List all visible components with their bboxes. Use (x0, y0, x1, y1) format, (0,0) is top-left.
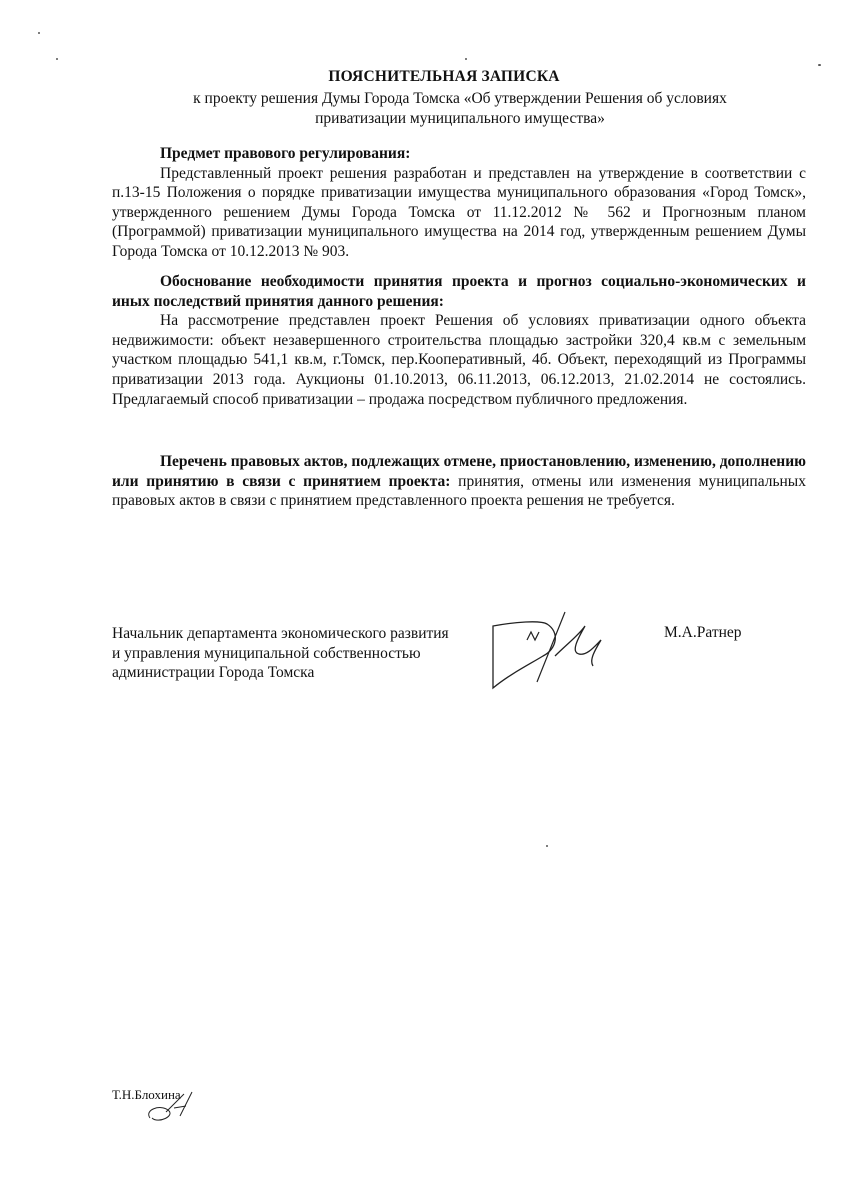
scan-speck (818, 64, 821, 66)
section-justification: Обоснование необходимости принятия проек… (112, 272, 806, 409)
section-legal-subject: Предмет правового регулирования: Предста… (112, 144, 806, 262)
document-title: ПОЯСНИТЕЛЬНАЯ ЗАПИСКА (0, 68, 850, 86)
signatory-position: Начальник департамента экономического ра… (112, 624, 472, 683)
document-page: ПОЯСНИТЕЛЬНАЯ ЗАПИСКА к проекту решения … (0, 0, 850, 1198)
section-body: На рассмотрение представлен проект Решен… (112, 311, 806, 409)
position-line: Начальник департамента экономического ра… (112, 624, 472, 644)
scan-speck (38, 32, 40, 34)
position-line: администрации Города Томска (112, 663, 472, 683)
section-body: Представленный проект решения разработан… (112, 164, 806, 262)
section-legal-acts: Перечень правовых актов, подлежащих отме… (112, 452, 806, 511)
handwritten-initials-icon (140, 1088, 200, 1124)
section-heading: Предмет правового регулирования: (112, 144, 806, 164)
document-subtitle: к проекту решения Думы Города Томска «Об… (110, 89, 810, 129)
handwritten-signature-icon (485, 604, 625, 694)
position-line: и управления муниципальной собственность… (112, 644, 472, 664)
subtitle-line-2: приватизации муниципального имущества» (110, 109, 810, 129)
scan-speck (465, 58, 467, 60)
scan-speck (546, 845, 548, 847)
signatory-name: М.А.Ратнер (664, 624, 742, 642)
subtitle-line-1: к проекту решения Думы Города Томска «Об… (110, 89, 810, 109)
section-heading: Обоснование необходимости принятия проек… (112, 272, 806, 311)
scan-speck (56, 58, 58, 60)
